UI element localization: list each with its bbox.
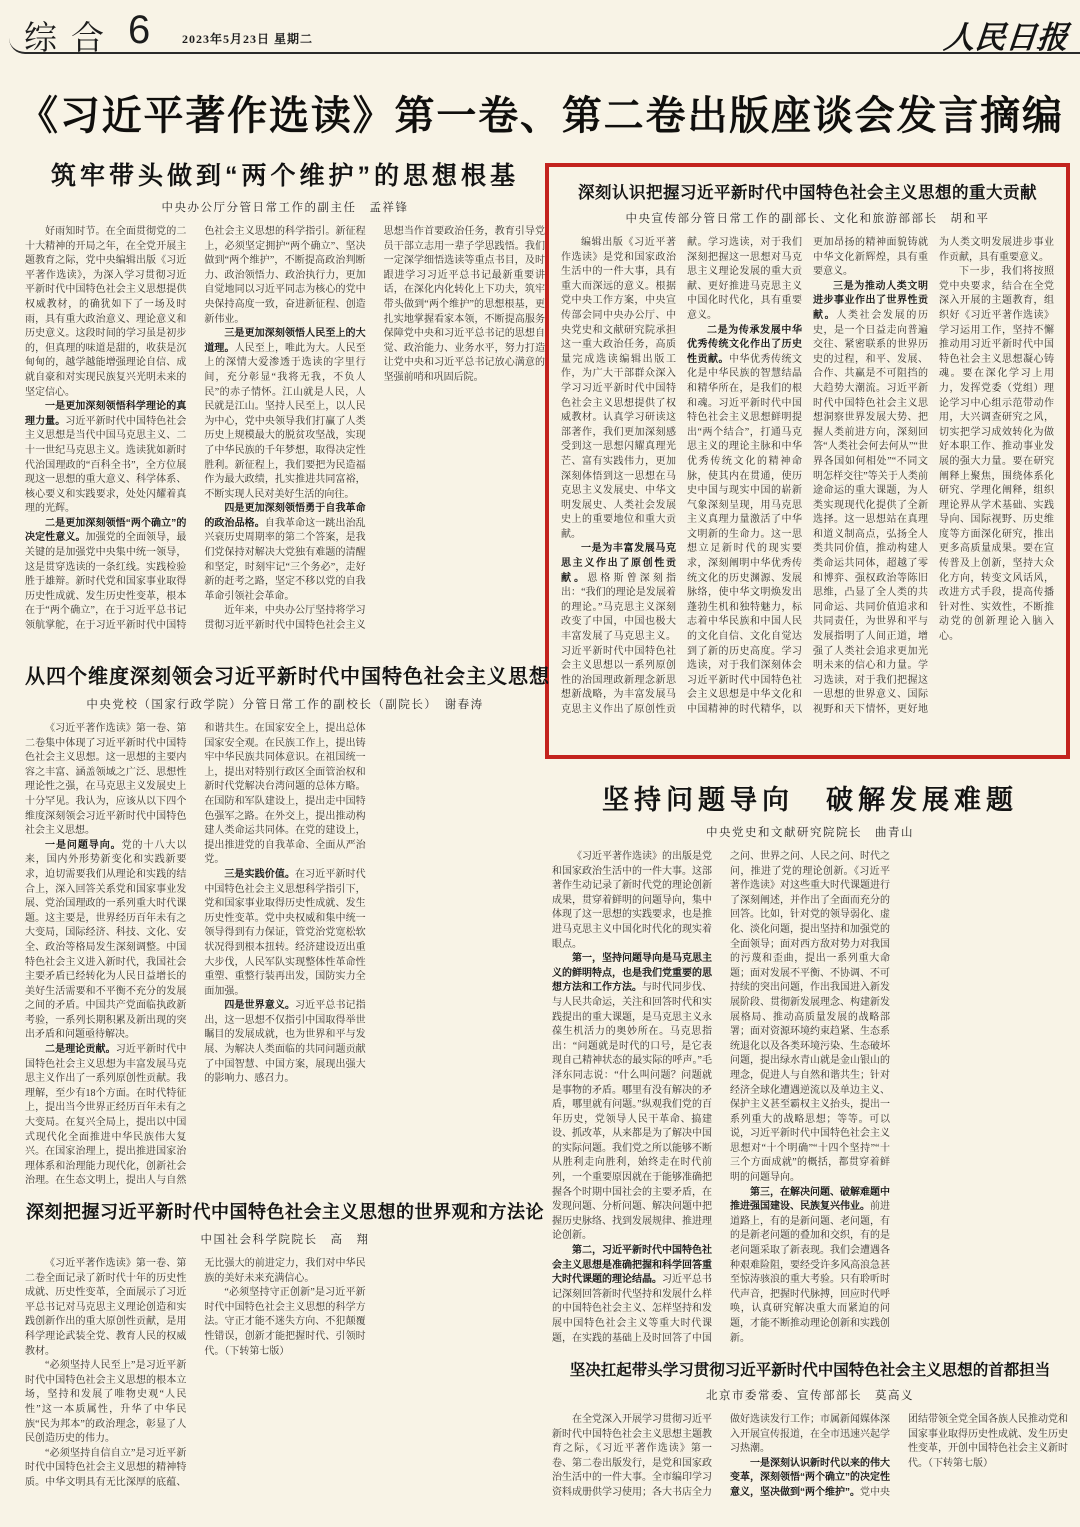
article-byline: 中央党校（国家行政学院）分管日常工作的副校长（副院长） 谢春涛 — [25, 696, 545, 712]
article-body: 编辑出版《习近平著作选读》是党和国家政治生活中的一件大事，具有重大而深远的意义。… — [561, 236, 1054, 728]
paragraph: 下一步，我们将按照党中央要求，结合在全党深入开展的主题教育，组织好《习近平著作选… — [939, 265, 1054, 644]
paragraph: 一是问题导向。党的十八大以来，国内外形势新变化和实践新要求，迫切需要我们从理论和… — [25, 839, 186, 1043]
article-byline: 北京市委常委、宣传部部长 莫高义 — [552, 1387, 1068, 1403]
paragraph: 《习近平著作选读》第一卷、第二卷全面记录了新时代十年的历史性成就、历史性变革，全… — [25, 1257, 186, 1359]
paragraph: “必须坚持守正创新”是习近平新时代中国特色社会主义思想的科学方法。守正才能不迷失… — [204, 1286, 365, 1359]
paragraph: 《习近平著作选读》的出版是党和国家政治生活中的一件大事。这部著作生动记录了新时代… — [552, 850, 712, 952]
article-title: 坚决扛起带头学习贯彻习近平新时代中国特色社会主义思想的首都担当 — [552, 1358, 1068, 1380]
publication-date: 2023年5月23日 星期二 — [182, 30, 313, 47]
article-title: 筑牢带头做到“两个维护”的思想根基 — [25, 156, 545, 192]
article-title: 从四个维度深刻领会习近平新时代中国特色社会主义思想 — [25, 660, 545, 689]
paragraph: 编辑出版《习近平著作选读》是党和国家政治生活中的一件大事，具有重大而深远的意义。… — [561, 236, 676, 542]
paragraph: 四是世界意义。习近平总书记指出，这一思想不仅指引中国取得举世瞩目的发展成就，也为… — [204, 999, 365, 1087]
paragraph: 一是更加深刻领悟科学理论的真理力量。习近平新时代中国特色社会主义思想是当代中国马… — [25, 400, 186, 517]
article-body: 在全党深入开展学习贯彻习近平新时代中国特色社会主义思想主题教育之际，《习近平著作… — [552, 1413, 1068, 1515]
article-body: 《习近平著作选读》第一卷、第二卷集中体现了习近平新时代中国特色社会主义思想。这一… — [25, 722, 545, 1190]
article-four-dimensions: 从四个维度深刻领会习近平新时代中国特色社会主义思想 中央党校（国家行政学院）分管… — [25, 660, 545, 1190]
article-major-contributions-redbox: 深刻认识把握习近平新时代中国特色社会主义思想的重大贡献 中央宣传部分管日常工作的… — [545, 163, 1070, 759]
paragraph: 第一，坚持问题导向是马克思主义的鲜明特点，也是我们党重要的思想方法和工作方法。与… — [552, 952, 712, 1244]
section-name: 综合 — [24, 12, 118, 59]
paragraph: 三是实践价值。在习近平新时代中国特色社会主义思想科学指引下，党和国家事业取得历史… — [204, 868, 365, 999]
paragraph: 第三，在解决问题、破解难题中推进强国建设、民族复兴伟业。前进道路上，有的是新问题… — [730, 1186, 890, 1347]
paragraph: “必须坚持人民至上”是习近平新时代中国特色社会主义思想的根本立场，坚持和发展了唯… — [25, 1359, 186, 1447]
paragraph: 三是更加深刻领悟人民至上的大道理。人民至上，唯此为大。人民至上的深情大爱渗透于选… — [204, 327, 365, 502]
article-byline: 中央宣传部分管日常工作的副部长、文化和旅游部部长 胡和平 — [561, 210, 1054, 226]
article-body: 《习近平著作选读》的出版是党和国家政治生活中的一件大事。这部著作生动记录了新时代… — [552, 850, 1068, 1352]
newspaper-page: 综合 6 2023年5月23日 星期二 人民日报 《习近平著作选读》第一卷、第二… — [0, 0, 1080, 1527]
paragraph: 四是更加深刻领悟勇于自我革命的政治品格。自我革命这一跳出治乱兴衰历史周期率的第二… — [204, 502, 365, 604]
article-byline: 中央办公厅分管日常工作的副主任 孟祥锋 — [25, 199, 545, 215]
article-capital-responsibility: 坚决扛起带头学习贯彻习近平新时代中国特色社会主义思想的首都担当 北京市委常委、宣… — [552, 1358, 1068, 1515]
article-worldview-methodology: 深刻把握习近平新时代中国特色社会主义思想的世界观和方法论 中国社会科学院院长 高… — [25, 1198, 545, 1515]
article-title: 深刻认识把握习近平新时代中国特色社会主义思想的重大贡献 — [561, 179, 1054, 203]
page-number: 6 — [128, 8, 150, 53]
header-rule — [9, 14, 1080, 54]
article-byline: 中央党史和文献研究院院长 曲青山 — [552, 824, 1068, 840]
paragraph: 好雨知时节。在全面贯彻党的二十大精神的开局之年，在全党开展主题教育之际，党中央编… — [25, 225, 186, 400]
article-body: 《习近平著作选读》第一卷、第二卷全面记录了新时代十年的历史性成就、历史性变革，全… — [25, 1257, 545, 1515]
article-body: 好雨知时节。在全面贯彻党的二十大精神的开局之年，在全党开展主题教育之际，党中央编… — [25, 225, 545, 637]
article-two-upholds: 筑牢带头做到“两个维护”的思想根基 中央办公厅分管日常工作的副主任 孟祥锋 好雨… — [25, 156, 545, 637]
article-byline: 中国社会科学院院长 高 翔 — [25, 1231, 545, 1247]
banner-headline: 《习近平著作选读》第一卷、第二卷出版座谈会发言摘编 — [18, 88, 1062, 146]
article-problem-orientation: 坚持问题导向 破解发展难题 中央党史和文献研究院院长 曲青山 《习近平著作选读》… — [552, 778, 1068, 1352]
masthead: 人民日报 — [942, 12, 1070, 57]
article-title: 坚持问题导向 破解发展难题 — [552, 778, 1068, 817]
article-title: 深刻把握习近平新时代中国特色社会主义思想的世界观和方法论 — [25, 1198, 545, 1224]
paragraph: 《习近平著作选读》第一卷、第二卷集中体现了习近平新时代中国特色社会主义思想。这一… — [25, 722, 186, 839]
